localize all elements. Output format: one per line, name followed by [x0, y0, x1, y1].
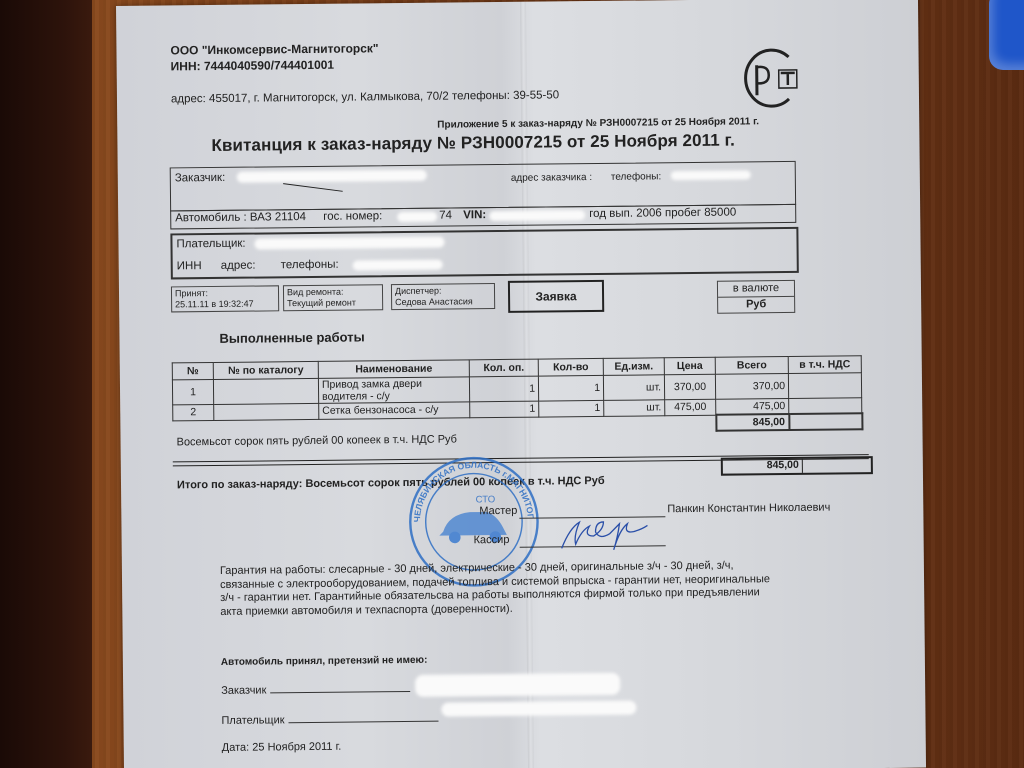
master-name: Панкин Константин Николаевич: [667, 502, 830, 516]
redacted-plate: [397, 212, 437, 222]
rst-certification-icon: [736, 43, 807, 114]
redacted-customer-signature: [415, 673, 620, 697]
redacted-payer-signature: [441, 701, 636, 717]
stamp-center-text: СТО: [476, 494, 496, 505]
acceptance-date: Дата: 25 Ноября 2011 г.: [222, 741, 342, 754]
row-unit: шт.: [604, 400, 665, 416]
accepted-value: 25.11.11 в 19:32:47: [175, 298, 275, 310]
row-number: 2: [173, 404, 214, 420]
customer-sign-label: Заказчик: [221, 684, 266, 696]
grand-total-value: 845,00: [723, 459, 803, 474]
col-number: №: [172, 363, 213, 380]
car-plate-suffix: 74: [439, 209, 452, 221]
currency-box: в валюте Руб: [717, 280, 795, 314]
payer-sign-label: Плательщик: [221, 714, 284, 727]
dispatcher-value: Седова Анастасия: [395, 296, 491, 308]
company-inn: ИНН: 7444040590/744401001: [171, 58, 335, 74]
warranty-text: Гарантия на работы: слесарные - 30 дней,…: [220, 559, 781, 619]
payer-inn-label: ИНН: [177, 260, 202, 272]
row-name: Сетка бензонасоса - с/у: [319, 402, 470, 419]
background-dark-wall: [0, 0, 92, 768]
accepted-box: Принят: 25.11.11 в 19:32:47: [171, 285, 279, 312]
redacted-vin: [489, 210, 585, 221]
document-title: Квитанция к заказ-наряду № РЗН0007215 от…: [211, 131, 735, 156]
row-total: 475,00: [716, 398, 789, 414]
customer-address-label: адрес заказчика :: [511, 172, 592, 184]
row-price: 370,00: [664, 374, 715, 400]
subtotal-value: 845,00: [716, 414, 789, 431]
car-vin-label: VIN:: [463, 209, 486, 221]
row-qty: 1: [539, 400, 604, 416]
grand-total-box: 845,00: [721, 456, 873, 476]
row-total: 370,00: [715, 373, 788, 399]
handwritten-signature: [551, 505, 672, 561]
company-address: адрес: 455017, г. Магнитогорск, ул. Калм…: [171, 89, 559, 105]
works-table: № № по каталогу Наименование Кол. оп. Ко…: [172, 355, 863, 437]
pen-mark: [283, 183, 343, 192]
appendix-note: Приложение 5 к заказ-наряду № РЗН0007215…: [437, 116, 759, 130]
redacted-customer-phone: [671, 170, 751, 180]
customer-phones-label: телефоны:: [611, 171, 661, 183]
blue-object: [989, 0, 1024, 70]
company-name: ООО "Инкомсервис-Магнитогорск": [170, 41, 378, 57]
col-vat: в т.ч. НДС: [788, 356, 861, 374]
sum-in-words: Восемьсот сорок пять рублей 00 копеек в …: [177, 433, 458, 448]
row-number: 1: [172, 380, 213, 405]
redacted-customer-name: [237, 170, 427, 183]
car-year-mileage: год вып. 2006 пробег 85000: [589, 207, 736, 221]
customer-sign-line: [270, 681, 410, 693]
redacted-payer-phone: [353, 260, 443, 271]
works-title: Выполненные работы: [219, 329, 364, 346]
payer-signature-row: Плательщик: [221, 711, 438, 727]
customer-signature-row: Заказчик: [221, 681, 410, 697]
row-catalog: [213, 378, 318, 404]
dispatcher-box: Диспетчер: Седова Анастасия: [391, 283, 495, 310]
payer-address-label: адрес:: [221, 260, 256, 272]
request-box: Заявка: [508, 280, 604, 313]
col-price: Цена: [664, 357, 715, 375]
row-ops: 1: [470, 401, 539, 417]
row-vat: [788, 373, 861, 399]
row-name: Привод замка двери водителя - с/у: [318, 377, 469, 404]
car-model: Автомобиль : ВАЗ 21104: [175, 211, 306, 224]
row-ops: 1: [469, 376, 538, 402]
row-price: 475,00: [665, 399, 716, 415]
payer-section: Плательщик: ИНН адрес: телефоны:: [170, 227, 798, 280]
payer-phones-label: телефоны:: [281, 259, 339, 272]
currency-label: в валюте: [718, 281, 794, 297]
row-unit: шт.: [603, 375, 664, 401]
customer-section: Заказчик: адрес заказчика : телефоны:: [170, 161, 796, 212]
car-plate-label: гос. номер:: [323, 210, 382, 223]
master-label: Мастер: [479, 505, 517, 517]
row-qty: 1: [538, 375, 603, 401]
col-total: Всего: [715, 356, 788, 374]
cashier-label: Кассир: [474, 534, 510, 546]
col-catalog: № по каталогу: [213, 361, 318, 379]
row-vat: [789, 398, 862, 414]
customer-label: Заказчик:: [175, 172, 226, 185]
redacted-payer-name: [254, 237, 444, 250]
col-name: Наименование: [318, 360, 469, 379]
col-unit: Ед.изм.: [603, 358, 664, 376]
col-qty: Кол-во: [538, 358, 603, 376]
repair-type-box: Вид ремонта: Текущий ремонт: [283, 284, 383, 311]
acceptance-statement: Автомобиль принял, претензий не имею:: [221, 655, 428, 668]
row-catalog: [214, 403, 319, 420]
col-ops: Кол. оп.: [469, 359, 538, 377]
receipt-document: ООО "Инкомсервис-Магнитогорск" ИНН: 7444…: [116, 0, 926, 768]
repair-type-value: Текущий ремонт: [287, 297, 379, 309]
currency-value: Руб: [718, 296, 794, 313]
payer-sign-line: [288, 711, 438, 724]
payer-label: Плательщик:: [176, 238, 245, 251]
